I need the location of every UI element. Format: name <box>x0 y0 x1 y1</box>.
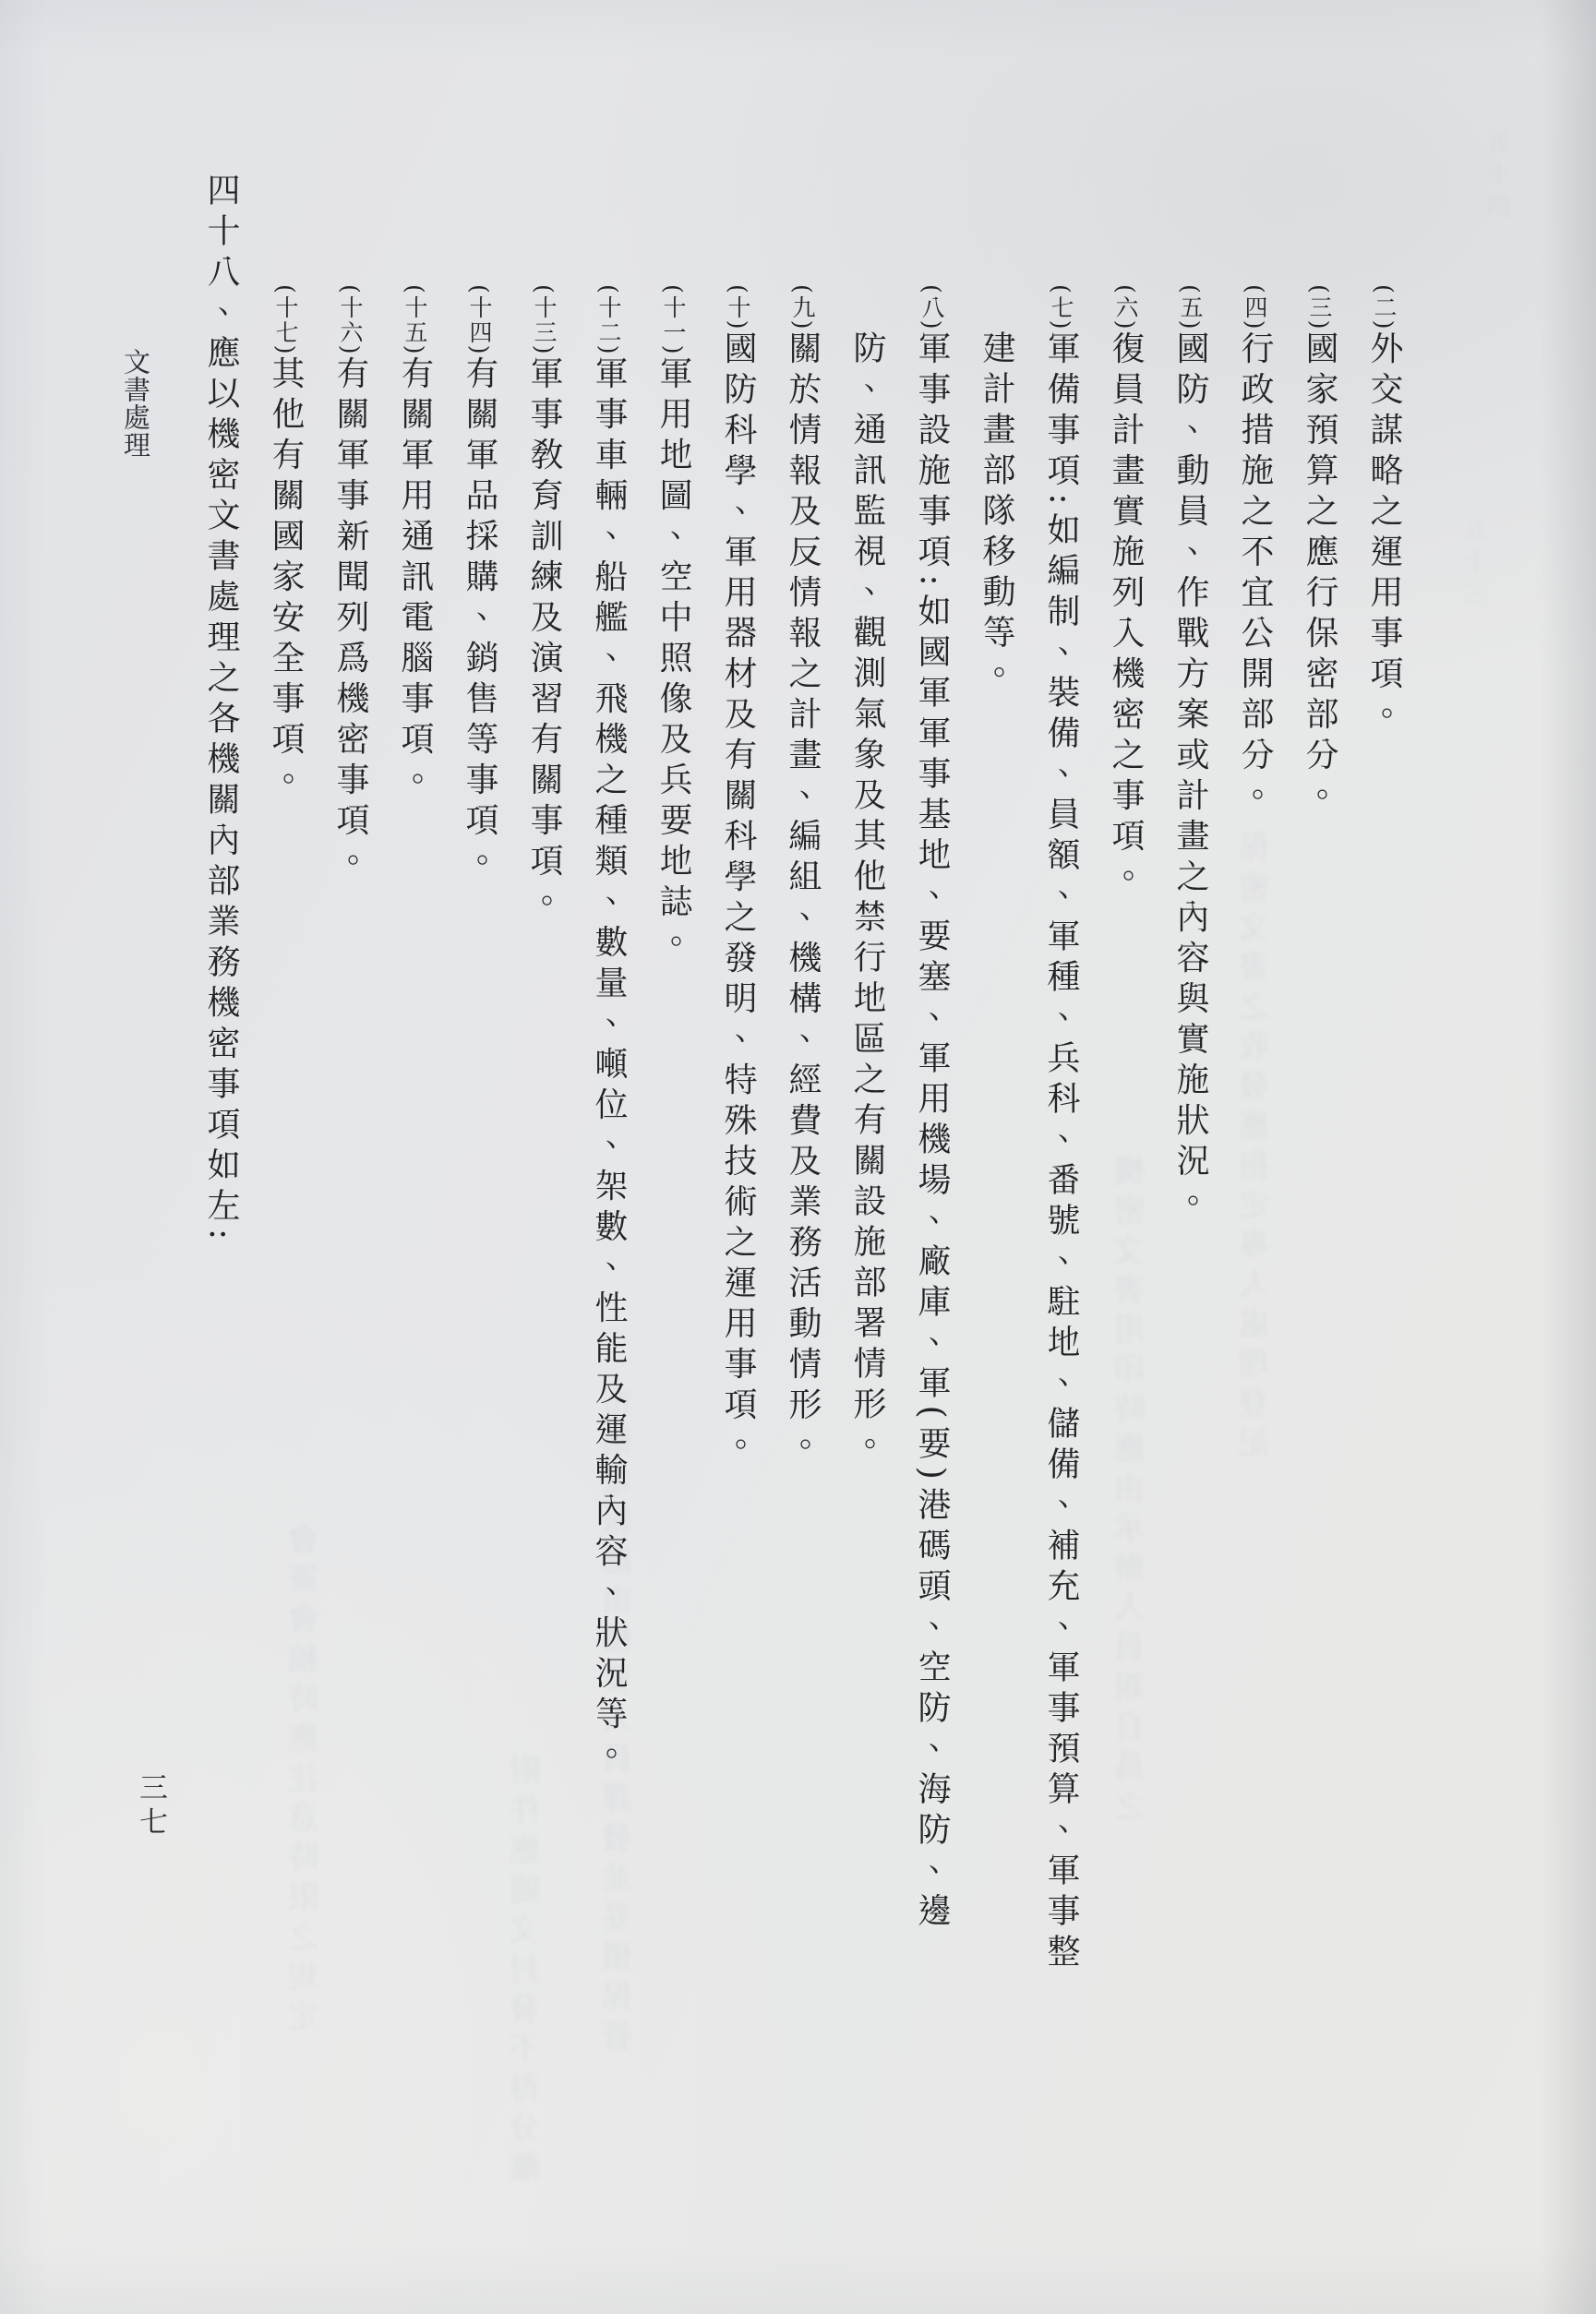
item-label: (九) <box>789 284 816 331</box>
item-label: (五) <box>1177 284 1204 331</box>
item-text: 軍事敎育訓練及演習有關事項。 <box>525 356 563 925</box>
section-number: 四十八、 <box>202 173 240 335</box>
item-label: (二) <box>1371 284 1398 331</box>
bleed-through-text: 五十四 <box>1471 129 1530 425</box>
item-label: (四) <box>1242 284 1268 331</box>
list-item: (七)軍備事項:如編制、裝備、員額、軍種、兵科、番號、駐地、儲備、補充、軍事預算… <box>964 120 1093 2058</box>
item-label: (十三) <box>531 284 558 356</box>
list-item: (二)外交謀略之運用事項。 <box>1351 120 1416 2058</box>
item-label: (三) <box>1306 284 1333 331</box>
list-item: (十六)有關軍事新聞列爲機密事項。 <box>318 120 382 2058</box>
body-text: (二)外交謀略之運用事項。 (三)國家預算之應行保密部分。 (四)行政措施之不宜… <box>188 120 1416 2058</box>
item-label: (七) <box>1048 284 1074 331</box>
list-item: (六)復員計畫實施列入機密之事項。 <box>1093 120 1158 2058</box>
item-text: 有關軍用通訊電腦事項。 <box>396 356 434 803</box>
list-item: (十五)有關軍用通訊電腦事項。 <box>382 120 447 2058</box>
item-text: 有關軍事新聞列爲機密事項。 <box>331 356 369 884</box>
item-text: 軍用地圖、空中照像及兵要地誌。 <box>654 356 692 965</box>
item-text: 國家預算之應行保密部分。 <box>1301 331 1338 819</box>
item-text: 外交謀略之運用事項。 <box>1365 331 1403 737</box>
item-text: 軍事車輛、船艦、飛機之種類、數量、噸位、架數、性能及運輸內容、狀況等。 <box>590 356 628 1778</box>
running-header: 文書處理 <box>117 348 155 459</box>
item-text: 行政措施之不宜公開部分。 <box>1236 331 1274 819</box>
item-text: 國防、動員、作戰方案或計畫之內容與實施狀況。 <box>1171 331 1209 1225</box>
list-item: (八)軍事設施事項:如國軍軍事基地、要塞、軍用機場、廠庫、軍(要)港碼頭、空防、… <box>834 120 964 2058</box>
list-item: (十二)軍事車輛、船艦、飛機之種類、數量、噸位、架數、性能及運輸內容、狀況等。 <box>576 120 641 2058</box>
list-item: (五)國防、動員、作戰方案或計畫之內容與實施狀況。 <box>1158 120 1222 2058</box>
item-text: 有關軍品採購、銷售等事項。 <box>461 356 498 884</box>
bleed-through-text: 五十三 <box>1449 517 1508 1348</box>
item-label: (十四) <box>466 284 493 356</box>
item-text: 軍事設施事項:如國軍軍事基地、要塞、軍用機場、廠庫、軍(要)港碼頭、空防、海防、… <box>848 330 951 1934</box>
document-page: 五十四 五十三 保密文書之收發應指定專人處理登記 機密文書用印時應由承辦人員親自… <box>0 0 1596 2314</box>
list-item: (十三)軍事敎育訓練及演習有關事項。 <box>511 120 576 2058</box>
item-label: (十七) <box>272 284 299 356</box>
item-label: (十一) <box>660 284 687 356</box>
item-label: (八) <box>918 284 945 331</box>
item-label: (十二) <box>595 284 622 356</box>
list-item: (三)國家預算之應行保密部分。 <box>1287 120 1351 2058</box>
section-text: 應以機密文書處理之各機關內部業務機密事項如左: <box>202 335 240 1247</box>
section-item: 四十八、應以機密文書處理之各機關內部業務機密事項如左: <box>188 120 253 2058</box>
list-item: (四)行政措施之不宜公開部分。 <box>1222 120 1287 2058</box>
item-text: 復員計畫實施列入機密之事項。 <box>1107 331 1145 900</box>
list-item: (十)國防科學、軍用器材及有關科學之發明、特殊技術之運用事項。 <box>705 120 770 2058</box>
item-text: 國防科學、軍用器材及有關科學之發明、特殊技術之運用事項。 <box>719 331 757 1469</box>
item-text: 其他有關國家安全事項。 <box>267 356 305 803</box>
list-item: (十七)其他有關國家安全事項。 <box>253 120 318 2058</box>
item-text: 關於情報及反情報之計畫、編組、機構、經費及業務活動情形。 <box>784 331 822 1469</box>
item-label: (十) <box>725 284 751 331</box>
item-label: (六) <box>1112 284 1139 331</box>
item-text: 軍備事項:如編制、裝備、員額、軍種、兵科、番號、駐地、儲備、補充、軍事預算、軍事… <box>978 330 1080 1974</box>
list-item: (九)關於情報及反情報之計畫、編組、機構、經費及業務活動情形。 <box>770 120 834 2058</box>
list-item: (十四)有關軍品採購、銷售等事項。 <box>447 120 511 2058</box>
item-label: (十五) <box>402 284 428 356</box>
list-item: (十一)軍用地圖、空中照像及兵要地誌。 <box>641 120 705 2058</box>
item-label: (十六) <box>337 284 364 356</box>
page-number: 三七 <box>130 1772 172 1840</box>
